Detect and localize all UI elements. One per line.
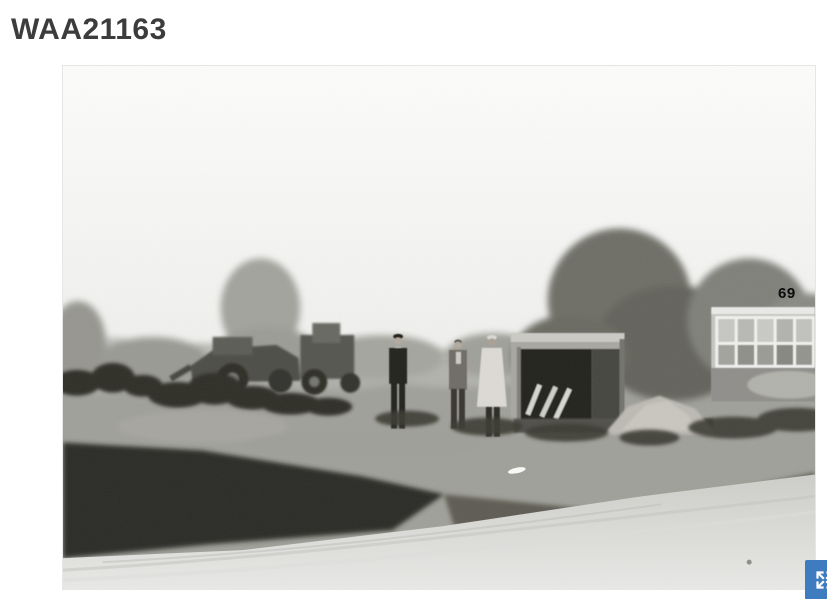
fullscreen-button[interactable]: [805, 560, 827, 599]
archive-photo: 69: [62, 65, 816, 590]
photo-number-overlay: 69: [778, 285, 796, 302]
page: WAA21163: [0, 0, 827, 599]
page-title: WAA21163: [11, 13, 167, 47]
photo-scene: [63, 66, 815, 589]
fullscreen-expand-icon: [813, 568, 827, 592]
